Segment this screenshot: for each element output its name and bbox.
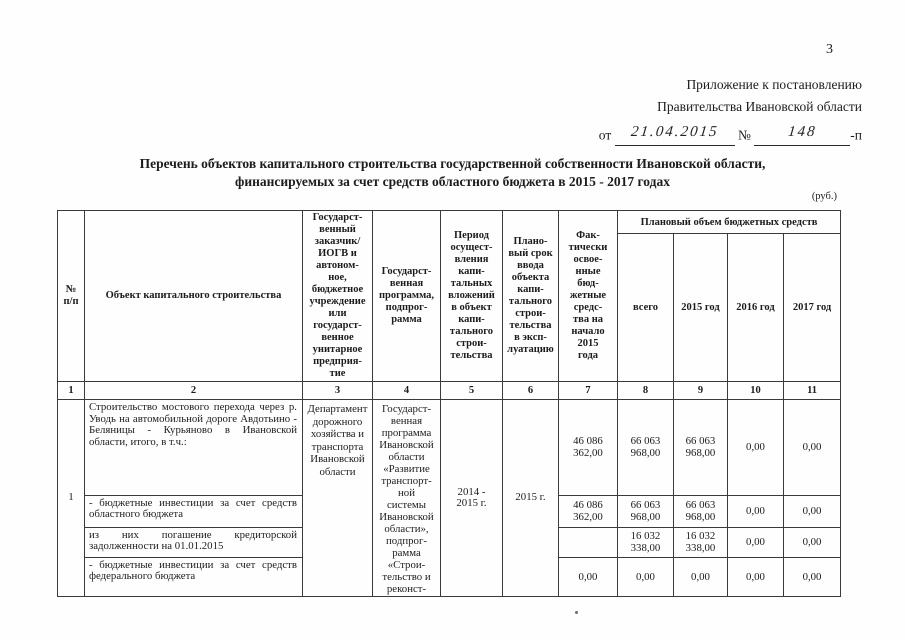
- page-number: 3: [826, 42, 833, 58]
- period-cell: 2014 - 2015 г.: [441, 400, 503, 597]
- currency-note: (руб.): [812, 191, 837, 202]
- spent-cell: 46 086 362,00: [559, 400, 618, 496]
- col-number-10: 10: [728, 382, 784, 400]
- handwritten-number: 148: [787, 120, 818, 145]
- year-2017-cell: 0,00: [784, 495, 841, 527]
- program-cell: Государст- венная программа Ивановской о…: [373, 400, 441, 597]
- header-deadline: Плано- вый срок ввода объекта капи- таль…: [503, 211, 559, 382]
- document-reference-line: от 21.04.2015 № 148-п: [599, 120, 862, 147]
- number-underline: 148: [754, 120, 850, 147]
- header-row-group: № п/п Объект капитального строительства …: [58, 211, 841, 234]
- header-total: всего: [618, 234, 674, 382]
- col-number-6: 6: [503, 382, 559, 400]
- col-number-5: 5: [441, 382, 503, 400]
- spent-cell: 46 086 362,00: [559, 495, 618, 527]
- date-underline: 21.04.2015: [615, 120, 735, 147]
- subrow-label-cell: - бюджетные инвестиции за счет средств о…: [85, 495, 303, 527]
- header-program: Государст- венная программа, подпрог- ра…: [373, 211, 441, 382]
- header-spent-funds: Фак- тически освое- нные бюд- жетные сре…: [559, 211, 618, 382]
- header-object: Объект капитального строительства: [85, 211, 303, 382]
- col-number-1: 1: [58, 382, 85, 400]
- subrow-label-cell: из них погашение кредиторской задолженно…: [85, 527, 303, 557]
- year-2017-cell: 0,00: [784, 400, 841, 496]
- handwritten-date: 21.04.2015: [630, 120, 720, 145]
- capital-construction-table: № п/п Объект капитального строительства …: [57, 210, 841, 597]
- header-customer: Государст- венный заказчик/ ИОГВ и автон…: [303, 211, 373, 382]
- year-2017-cell: 0,00: [784, 527, 841, 557]
- table-container: № п/п Объект капитального строительства …: [57, 210, 841, 597]
- year-2015-cell: 0,00: [674, 557, 728, 596]
- row-number-cell: 1: [58, 400, 85, 597]
- number-label: №: [738, 127, 751, 142]
- appendix-line-2: Правительства Ивановской области: [599, 96, 862, 118]
- spent-cell: 0,00: [559, 557, 618, 596]
- year-2015-cell: 16 032 338,00: [674, 527, 728, 557]
- header-year-2015: 2015 год: [674, 234, 728, 382]
- deadline-cell: 2015 г.: [503, 400, 559, 597]
- col-number-4: 4: [373, 382, 441, 400]
- document-page: 3 Приложение к постановлению Правительст…: [0, 0, 905, 640]
- appendix-line-1: Приложение к постановлению: [599, 74, 862, 96]
- scan-artifact-dot: [575, 611, 578, 614]
- col-number-9: 9: [674, 382, 728, 400]
- year-2016-cell: 0,00: [728, 495, 784, 527]
- column-numbers-row: 1 2 3 4 5 6 7 8 9 10 11: [58, 382, 841, 400]
- header-planned-volume-group: Плановый объем бюджетных средств: [618, 211, 841, 234]
- appendix-block: Приложение к постановлению Правительства…: [599, 74, 862, 146]
- year-2016-cell: 0,00: [728, 400, 784, 496]
- total-cell: 66 063 968,00: [618, 400, 674, 496]
- spent-cell: [559, 527, 618, 557]
- col-number-2: 2: [85, 382, 303, 400]
- header-year-2017: 2017 год: [784, 234, 841, 382]
- year-2015-cell: 66 063 968,00: [674, 495, 728, 527]
- header-year-2016: 2016 год: [728, 234, 784, 382]
- subrow-label-cell: - бюджетные инвестиции за счет средств ф…: [85, 557, 303, 596]
- col-number-11: 11: [784, 382, 841, 400]
- header-period: Период осущест- вления капи- тальных вло…: [441, 211, 503, 382]
- object-description-cell: Строительство мостового перехода через р…: [85, 400, 303, 496]
- year-2016-cell: 0,00: [728, 557, 784, 596]
- total-cell: 0,00: [618, 557, 674, 596]
- number-suffix: -п: [850, 127, 862, 142]
- table-row-main: 1 Строительство мостового перехода через…: [58, 400, 841, 496]
- year-2017-cell: 0,00: [784, 557, 841, 596]
- year-2015-cell: 66 063 968,00: [674, 400, 728, 496]
- from-label: от: [599, 127, 611, 142]
- document-title: Перечень объектов капитального строитель…: [0, 155, 905, 191]
- col-number-8: 8: [618, 382, 674, 400]
- year-2016-cell: 0,00: [728, 527, 784, 557]
- col-number-3: 3: [303, 382, 373, 400]
- header-row-number: № п/п: [58, 211, 85, 382]
- col-number-7: 7: [559, 382, 618, 400]
- total-cell: 66 063 968,00: [618, 495, 674, 527]
- total-cell: 16 032 338,00: [618, 527, 674, 557]
- customer-cell: Департамент дорожного хозяйства и трансп…: [303, 400, 373, 597]
